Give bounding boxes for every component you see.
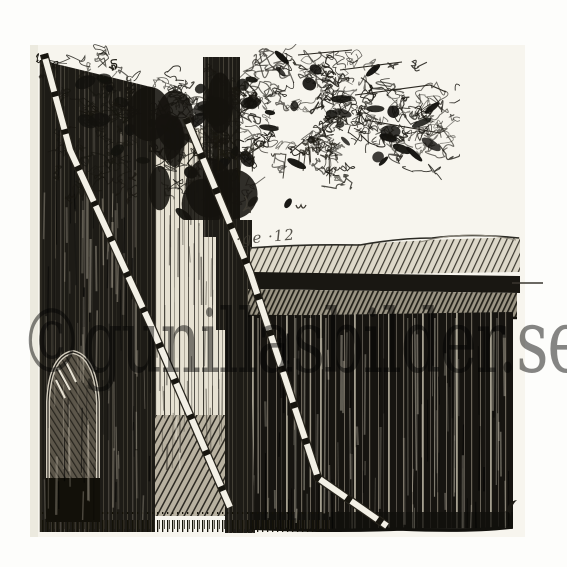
scanned-ink-sketch-page: ©gunillasbilder.se ·ge ·12 [0, 0, 567, 567]
sketch-canvas [0, 0, 567, 567]
watermark-text: ©gunillasbilder.se [20, 298, 567, 386]
door-base-shadow [46, 478, 100, 522]
